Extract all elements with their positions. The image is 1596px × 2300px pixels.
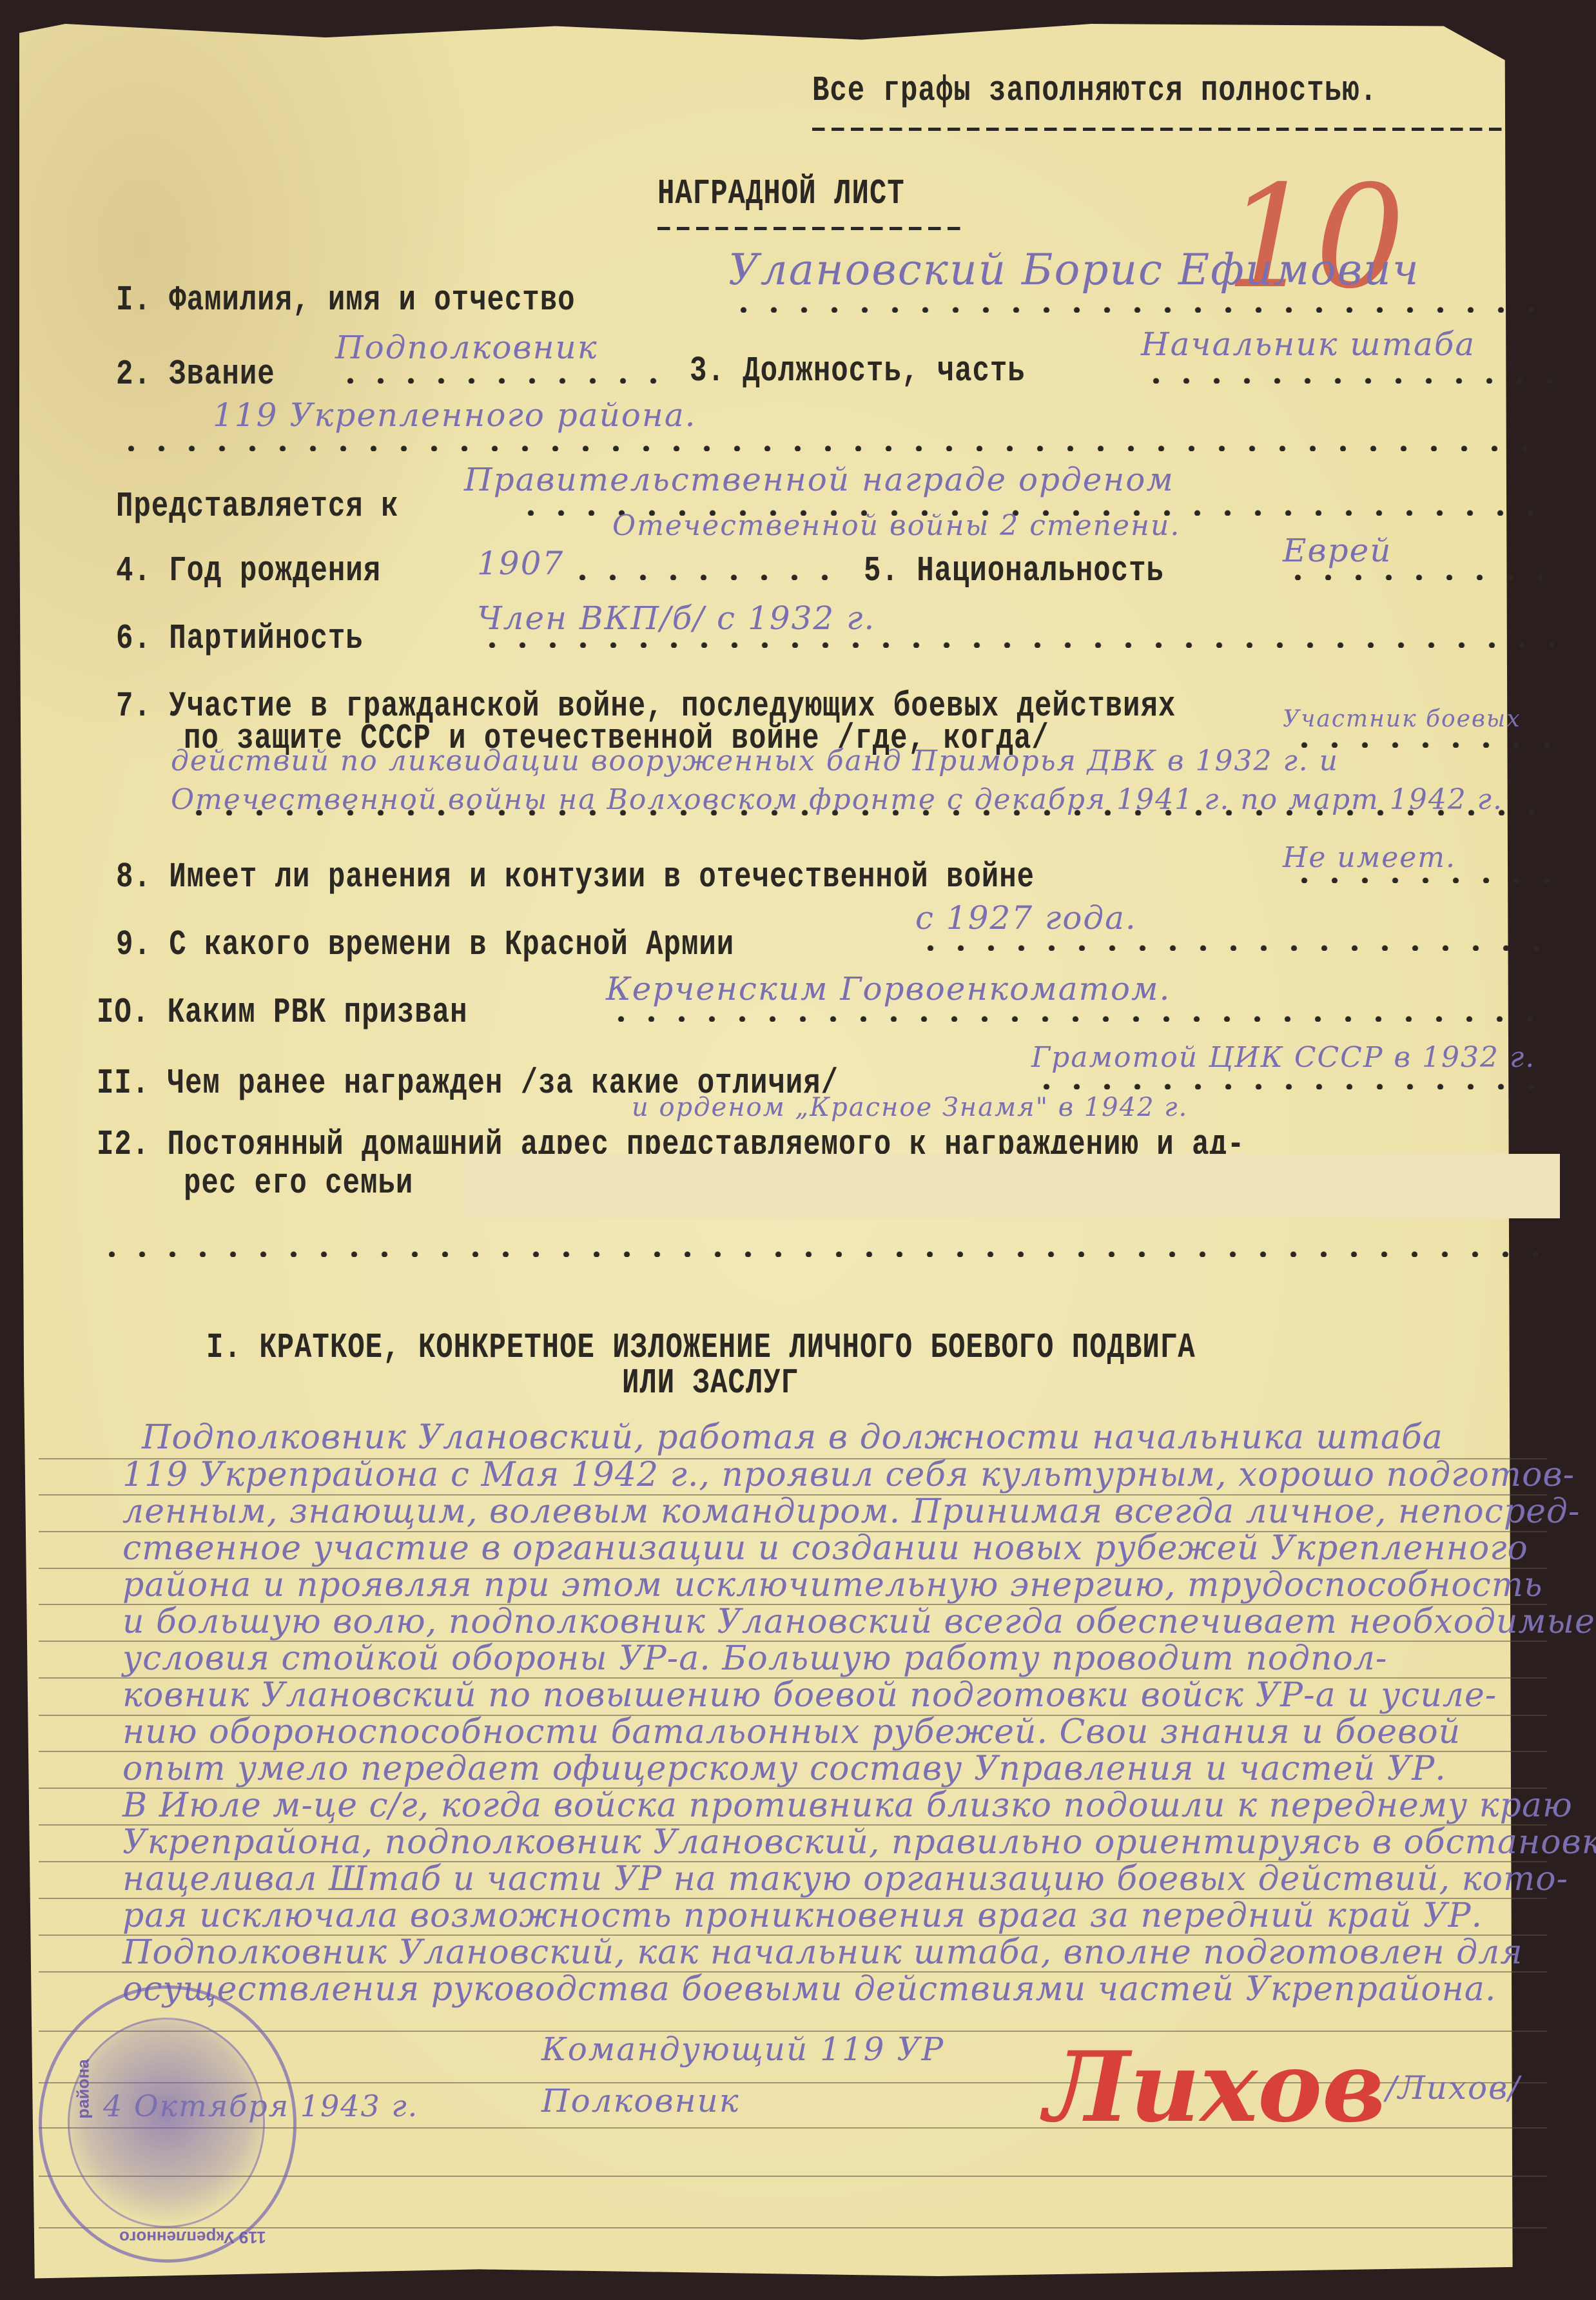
fill-dots: [1141, 377, 1553, 384]
field-value-nationality: Еврей: [1283, 532, 1392, 569]
field-label-service-since: 9. С какого времени в Красной Армии: [116, 925, 734, 966]
narrative-line: и большую волю, подполковник Улановский …: [122, 1603, 1595, 1641]
field-value-birth-year: 1907: [477, 545, 564, 582]
field-label-party: 6. Партийность: [116, 619, 364, 659]
section-title-cont: ИЛИ ЗАСЛУГ: [622, 1363, 799, 1404]
narrative-line: опыт умело передает офицерскому составу …: [122, 1749, 1446, 1788]
fill-dots: [184, 809, 1553, 815]
field-value-position: Начальник штаба: [1141, 326, 1475, 363]
narrative-line: 119 Укрепрайона с Мая 1942 г., проявил с…: [122, 1456, 1575, 1494]
narrative-line: ственное участие в организации и создани…: [122, 1529, 1528, 1568]
field-value-combat-participation: Участник боевых: [1283, 706, 1521, 732]
field-value-previous-awards-cont: и орденом „Красное Знамя" в 1942 г.: [632, 1093, 1188, 1122]
signatory-position: Командующий 119 УР: [541, 2031, 944, 2068]
field-value-combat-participation-cont: действий по ликвидации вооруженных банд …: [171, 745, 1339, 777]
field-value-award-cont: Отечественной войны 2 степени.: [612, 509, 1180, 542]
field-label-birth-year: 4. Год рождения: [116, 551, 381, 592]
narrative-line: ленным, знающим, волевым командиром. При…: [122, 1492, 1580, 1531]
stamp-text-bottom: 119 Укрепленного: [119, 2227, 266, 2247]
redacted-address: [464, 1154, 1560, 1218]
narrative-line: нацеливал Штаб и части УР на такую орган…: [122, 1860, 1568, 1898]
field-value-enlistment-office: Керченским Горвоенкоматом.: [606, 970, 1171, 1008]
stamp-text-left: района: [73, 2059, 93, 2118]
narrative-line: ковник Улановский по повышению боевой по…: [122, 1676, 1497, 1715]
red-pencil-mark: 10: [1225, 155, 1405, 320]
narrative-line: нию обороноспособности батальонных рубеж…: [122, 1713, 1461, 1751]
field-value-wounds: Не имеет.: [1283, 841, 1456, 874]
signature: Лихов: [1044, 2031, 1386, 2144]
narrative-line: Подполковник Улановский, как начальник ш…: [122, 1933, 1523, 1972]
signatory-name: /Лихов/: [1386, 2069, 1521, 2107]
fill-dots: [97, 1251, 1553, 1257]
field-label-nationality: 5. Национальность: [864, 551, 1164, 592]
narrative-line: Подполковник Улановский, работая в должн…: [142, 1418, 1443, 1457]
narrative-line: условия стойкой обороны УР-а. Большую ра…: [122, 1639, 1387, 1678]
narrative-line: рая исключала возможность проникновения …: [122, 1896, 1483, 1935]
field-label-rank: 2. Звание: [116, 355, 275, 395]
field-value-service-since: с 1927 года.: [915, 899, 1137, 937]
fill-dots: [116, 445, 1553, 451]
field-label-home-address-cont: рес его семьи: [184, 1164, 413, 1204]
fill-dots: [335, 377, 670, 384]
document-date: 4 Октября 1943 г.: [103, 2089, 418, 2123]
field-label-position: 3. Должность, часть: [690, 351, 1026, 392]
field-value-rank: Подполковник: [335, 329, 598, 366]
fill-dots: [1031, 1083, 1553, 1089]
field-value-party: Член ВКП/б/ с 1932 г.: [477, 599, 875, 637]
field-label-enlistment-office: IO. Каким РВК призван: [97, 993, 468, 1033]
header-note: Все графы заполняются полностью.: [812, 71, 1377, 112]
fill-dots: [915, 944, 1553, 951]
signatory-rank: Полковник: [541, 2082, 740, 2120]
fill-dots: [728, 306, 1553, 313]
official-stamp: района 119 Укрепленного: [39, 1985, 297, 2263]
fill-dots: [477, 641, 1553, 648]
narrative-line: осуществления руководства боевыми действ…: [122, 1970, 1496, 2009]
header-note-underline: [812, 128, 1508, 131]
narrative-line: В Июле м-це с/г, когда войска противника…: [122, 1786, 1573, 1825]
field-value-previous-awards: Грамотой ЦИК СССР в 1932 г.: [1031, 1041, 1535, 1074]
narrative-line: района и проявляя при этом исключительну…: [122, 1566, 1542, 1604]
section-title: I. КРАТКОЕ, КОНКРЕТНОЕ ИЗЛОЖЕНИЕ ЛИЧНОГО…: [206, 1328, 1196, 1369]
fill-dots: [1289, 877, 1553, 883]
fill-dots: [606, 1015, 1553, 1022]
narrative-line: Укрепрайона, подполковник Улановский, пр…: [122, 1823, 1596, 1862]
field-value-full-name: Улановский Борис Ефимович: [728, 245, 1420, 295]
page-title: НАГРАДНОЙ ЛИСТ: [657, 174, 905, 215]
fill-dots: [567, 574, 838, 580]
title-underline: [657, 227, 960, 230]
field-label-wounds: 8. Имеет ли ранения и контузии в отечест…: [116, 857, 1035, 898]
fill-dots: [1283, 574, 1553, 580]
field-label-full-name: I. Фамилия, имя и отчество: [116, 280, 576, 321]
field-value-position-unit: 119 Укрепленного района.: [213, 396, 697, 434]
field-label-nominated-for: Представляется к: [116, 487, 398, 527]
field-value-award: Правительственной награде орденом: [464, 461, 1174, 498]
